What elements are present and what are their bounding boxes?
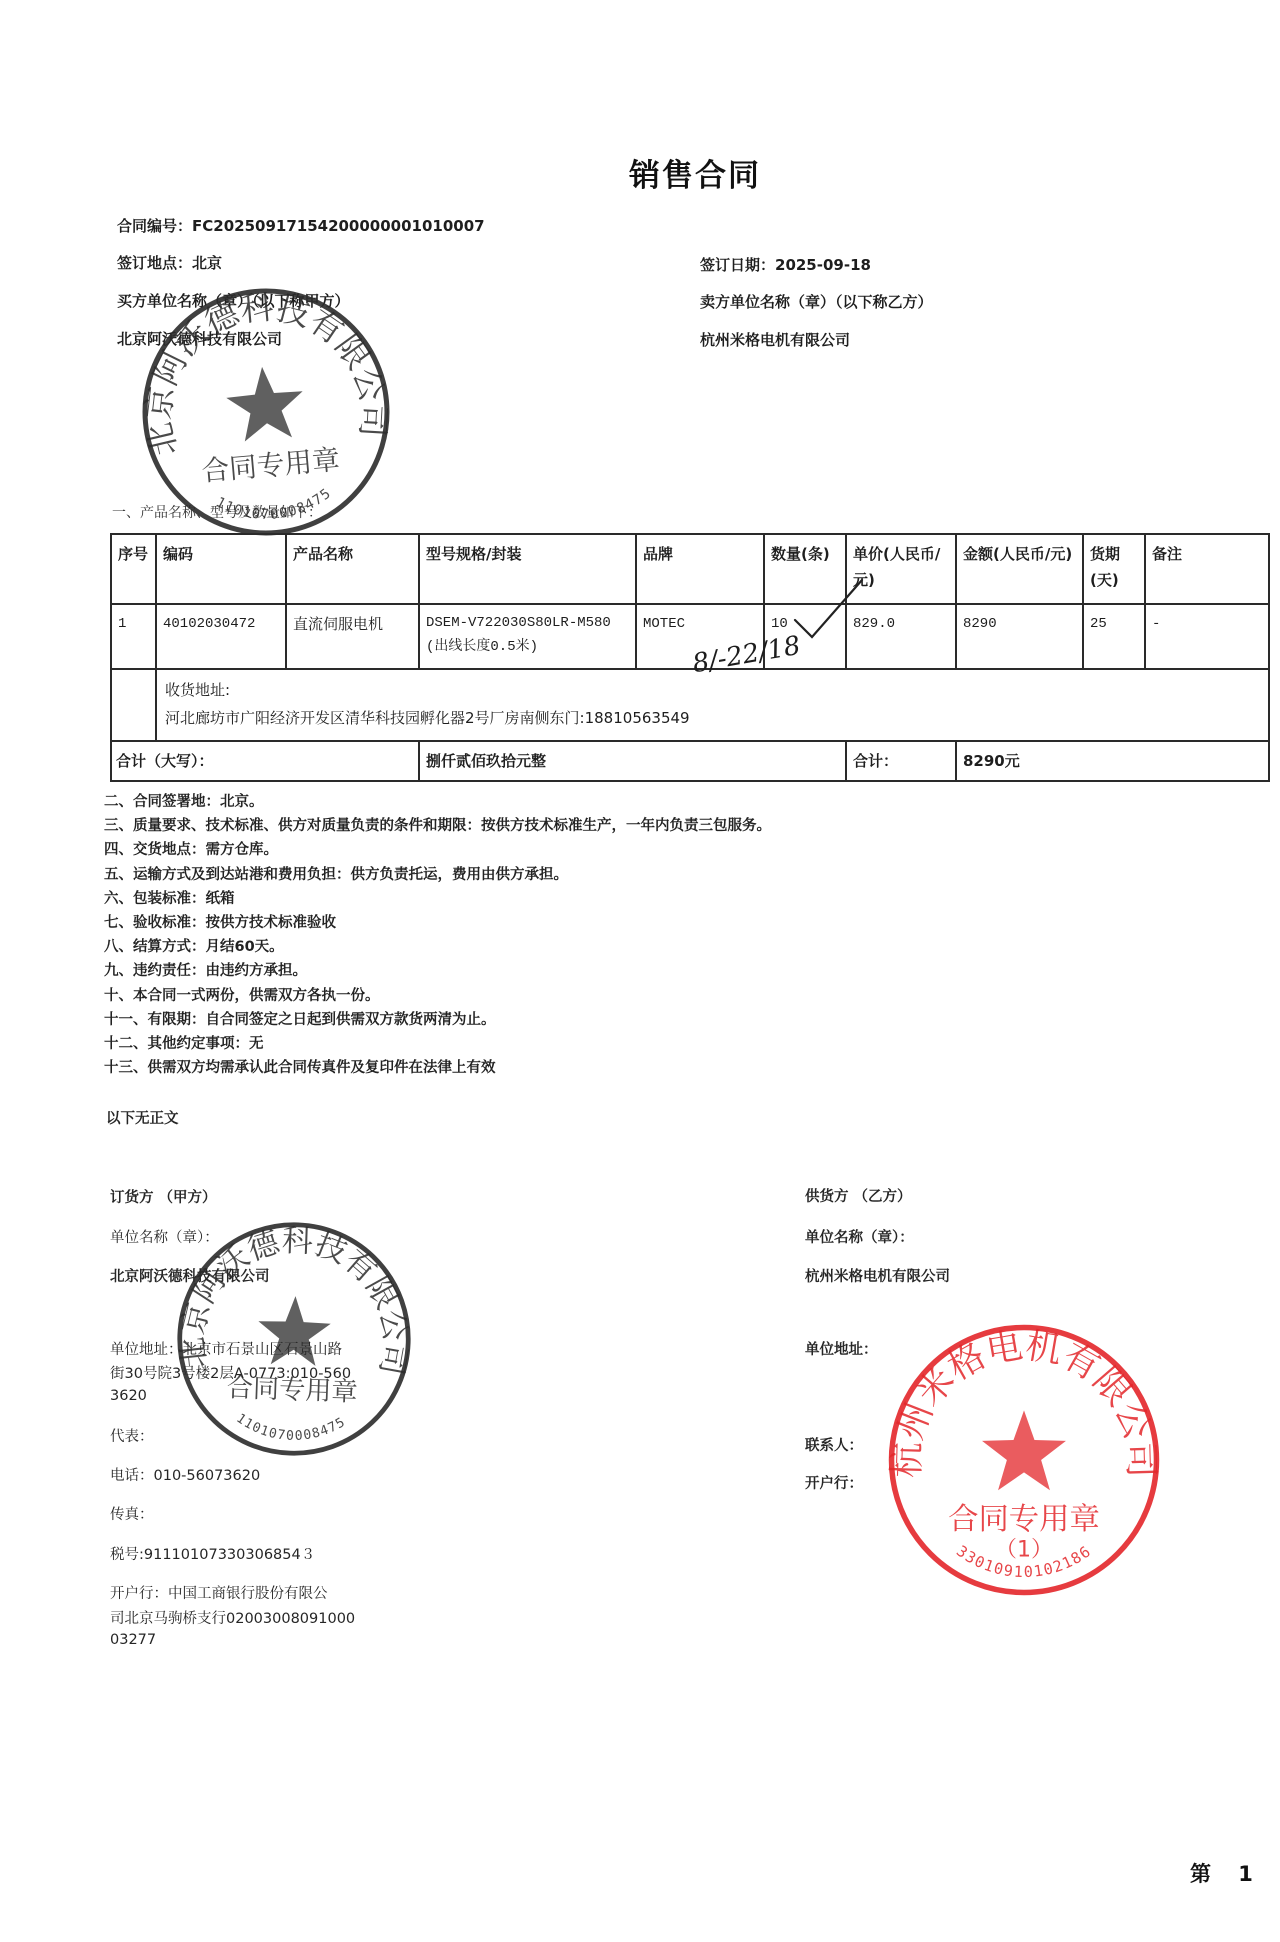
header-brand: 品牌 <box>636 534 764 604</box>
seller-company-seal: 杭州米格电机有限公司合同专用章（1）3301091010218​6 <box>886 1322 1162 1598</box>
totals-row: 合计（大写）： 捌仟贰佰玖拾元整 合计： 8290元 <box>111 741 1269 781</box>
clause-10: 十、本合同一式两份，供需双方各执一份。 <box>104 984 771 1008</box>
total-upper-value: 捌仟贰佰玖拾元整 <box>419 741 846 781</box>
header-qty: 数量(条) <box>764 534 846 604</box>
cell-remark: - <box>1145 604 1269 669</box>
clause-3: 三、质量要求、技术标准、供方对质量负责的条件和期限：按供方技术标准生产，一年内负… <box>104 814 771 838</box>
address-label: 收货地址: <box>165 676 1262 704</box>
total-label: 合计： <box>846 741 956 781</box>
cell-unit-price: 829.0 <box>846 604 956 669</box>
cell-product-name: 直流伺服电机 <box>286 604 419 669</box>
sign-date: 签订日期：2025-09-18 <box>700 254 871 275</box>
sign-place: 签订地点：北京 <box>117 252 222 273</box>
party-b-contact-label: 联系人： <box>805 1434 863 1455</box>
cell-code: 40102030472 <box>156 604 286 669</box>
party-b-name-label: 单位名称（章）： <box>805 1226 914 1247</box>
party-a-bank-line1: 开户行：中国工商银行股份有限公 <box>110 1582 328 1603</box>
party-a-phone: 电话：010-56073620 <box>110 1464 260 1485</box>
header-spec: 型号规格/封装 <box>419 534 636 604</box>
buyer-name: 北京阿沃德科技有限公司 <box>117 328 282 349</box>
end-note: 以下无正文 <box>106 1107 179 1128</box>
party-b-address-label: 单位地址： <box>805 1338 878 1359</box>
svg-text:杭州米格电机有限公司: 杭州米格电机有限公司 <box>887 1325 1162 1478</box>
party-a-rep-label: 代表： <box>110 1425 154 1446</box>
clause-4: 四、交货地点：需方仓库。 <box>104 838 771 862</box>
header-unit-price: 单价(人民币/元) <box>846 534 956 604</box>
header-product-name: 产品名称 <box>286 534 419 604</box>
party-a-bank-line2: 司北京马驹桥支行02003008091000 <box>110 1607 355 1628</box>
party-a-address-line2: 街30号院3号楼2层A-0773:010-560 <box>110 1362 351 1383</box>
svg-text:合同专用章: 合同专用章 <box>200 443 341 488</box>
party-a-address-line3: 3620 <box>110 1388 147 1404</box>
party-a-bank-line3: 03277 <box>110 1632 156 1648</box>
clause-2: 二、合同签署地：北京。 <box>104 790 771 814</box>
cell-amount: 8290 <box>956 604 1083 669</box>
cell-brand: MOTEC <box>636 604 764 669</box>
cell-qty: 10 <box>764 604 846 669</box>
party-a-fax-label: 传真： <box>110 1503 154 1524</box>
clause-8: 八、结算方式：月结60天。 <box>104 935 771 959</box>
contract-number: 合同编号：FC20250917154200000001010007 <box>117 215 485 236</box>
svg-text:1101070008475: 1101070008475 <box>233 1411 349 1446</box>
party-b-name-value: 杭州米格电机有限公司 <box>805 1265 950 1286</box>
party-a-heading: 订货方 （甲方） <box>110 1186 217 1207</box>
header-index: 序号 <box>111 534 156 604</box>
party-b-bank-label: 开户行： <box>805 1472 863 1493</box>
address-spacer-cell <box>111 669 156 741</box>
header-remark: 备注 <box>1145 534 1269 604</box>
seal-graphic-icon: 杭州米格电机有限公司合同专用章（1）3301091010218​6 <box>886 1322 1162 1598</box>
clause-11: 十一、有限期：自合同签定之日起到供需双方款货两清为止。 <box>104 1008 771 1032</box>
party-a-name-label: 单位名称（章）： <box>110 1226 219 1247</box>
contract-clauses: 二、合同签署地：北京。 三、质量要求、技术标准、供方对质量负责的条件和期限：按供… <box>104 790 771 1080</box>
seller-name: 杭州米格电机有限公司 <box>700 329 850 350</box>
address-value: 河北廊坊市广阳经济开发区清华科技园孵化器2号厂房南侧东门:18810563549 <box>165 704 1262 732</box>
svg-text:（1）: （1） <box>995 1538 1053 1563</box>
buyer-label: 买方单位名称（章）（以下称甲方） <box>117 290 350 311</box>
items-table: 序号 编码 产品名称 型号规格/封装 品牌 数量(条) 单价(人民币/元) 金额… <box>110 533 1270 782</box>
clause-13: 十三、供需双方均需承认此合同传真件及复印件在法律上有效 <box>104 1056 771 1080</box>
cell-index: 1 <box>111 604 156 669</box>
party-a-name-value: 北京阿沃德科技有限公司 <box>110 1265 270 1286</box>
section-one-heading: 一、产品名称、型号及数量如下： <box>112 502 322 522</box>
total-upper-label: 合计（大写）： <box>111 741 419 781</box>
svg-text:合同专用章: 合同专用章 <box>948 1502 1100 1537</box>
clause-6: 六、包装标准：纸箱 <box>104 887 771 911</box>
table-row: 1 40102030472 直流伺服电机 DSEM-V722030S80LR-M… <box>111 604 1269 669</box>
cell-spec: DSEM-V722030S80LR-M580(出线长度0.5米) <box>419 604 636 669</box>
party-b-heading: 供货方 （乙方） <box>805 1185 912 1206</box>
seller-label: 卖方单位名称（章）（以下称乙方） <box>700 291 933 312</box>
clause-12: 十二、其他约定事项：无 <box>104 1032 771 1056</box>
header-code: 编码 <box>156 534 286 604</box>
table-header-row: 序号 编码 产品名称 型号规格/封装 品牌 数量(条) 单价(人民币/元) 金额… <box>111 534 1269 604</box>
clause-9: 九、违约责任：由违约方承担。 <box>104 959 771 983</box>
cell-lead-time: 25 <box>1083 604 1145 669</box>
address-cell: 收货地址: 河北廊坊市广阳经济开发区清华科技园孵化器2号厂房南侧东门:18810… <box>156 669 1269 741</box>
svg-text:3301091010218​6: 3301091010218​6 <box>953 1542 1095 1581</box>
document-title: 销售合同 <box>0 150 1280 195</box>
clause-7: 七、验收标准：按供方技术标准验收 <box>104 911 771 935</box>
clause-5: 五、运输方式及到达站港和费用负担：供方负责托运，费用由供方承担。 <box>104 863 771 887</box>
party-a-address-line1: 单位地址：北京市石景山区石景山路 <box>110 1338 342 1359</box>
party-a-tax-no: 税号:91110107330306854３ <box>110 1543 315 1564</box>
page-number: 第 1 <box>1190 1858 1263 1888</box>
header-amount: 金额(人民币/元) <box>956 534 1083 604</box>
address-row: 收货地址: 河北廊坊市广阳经济开发区清华科技园孵化器2号厂房南侧东门:18810… <box>111 669 1269 741</box>
total-value: 8290元 <box>956 741 1269 781</box>
header-lead-time: 货期(天) <box>1083 534 1145 604</box>
